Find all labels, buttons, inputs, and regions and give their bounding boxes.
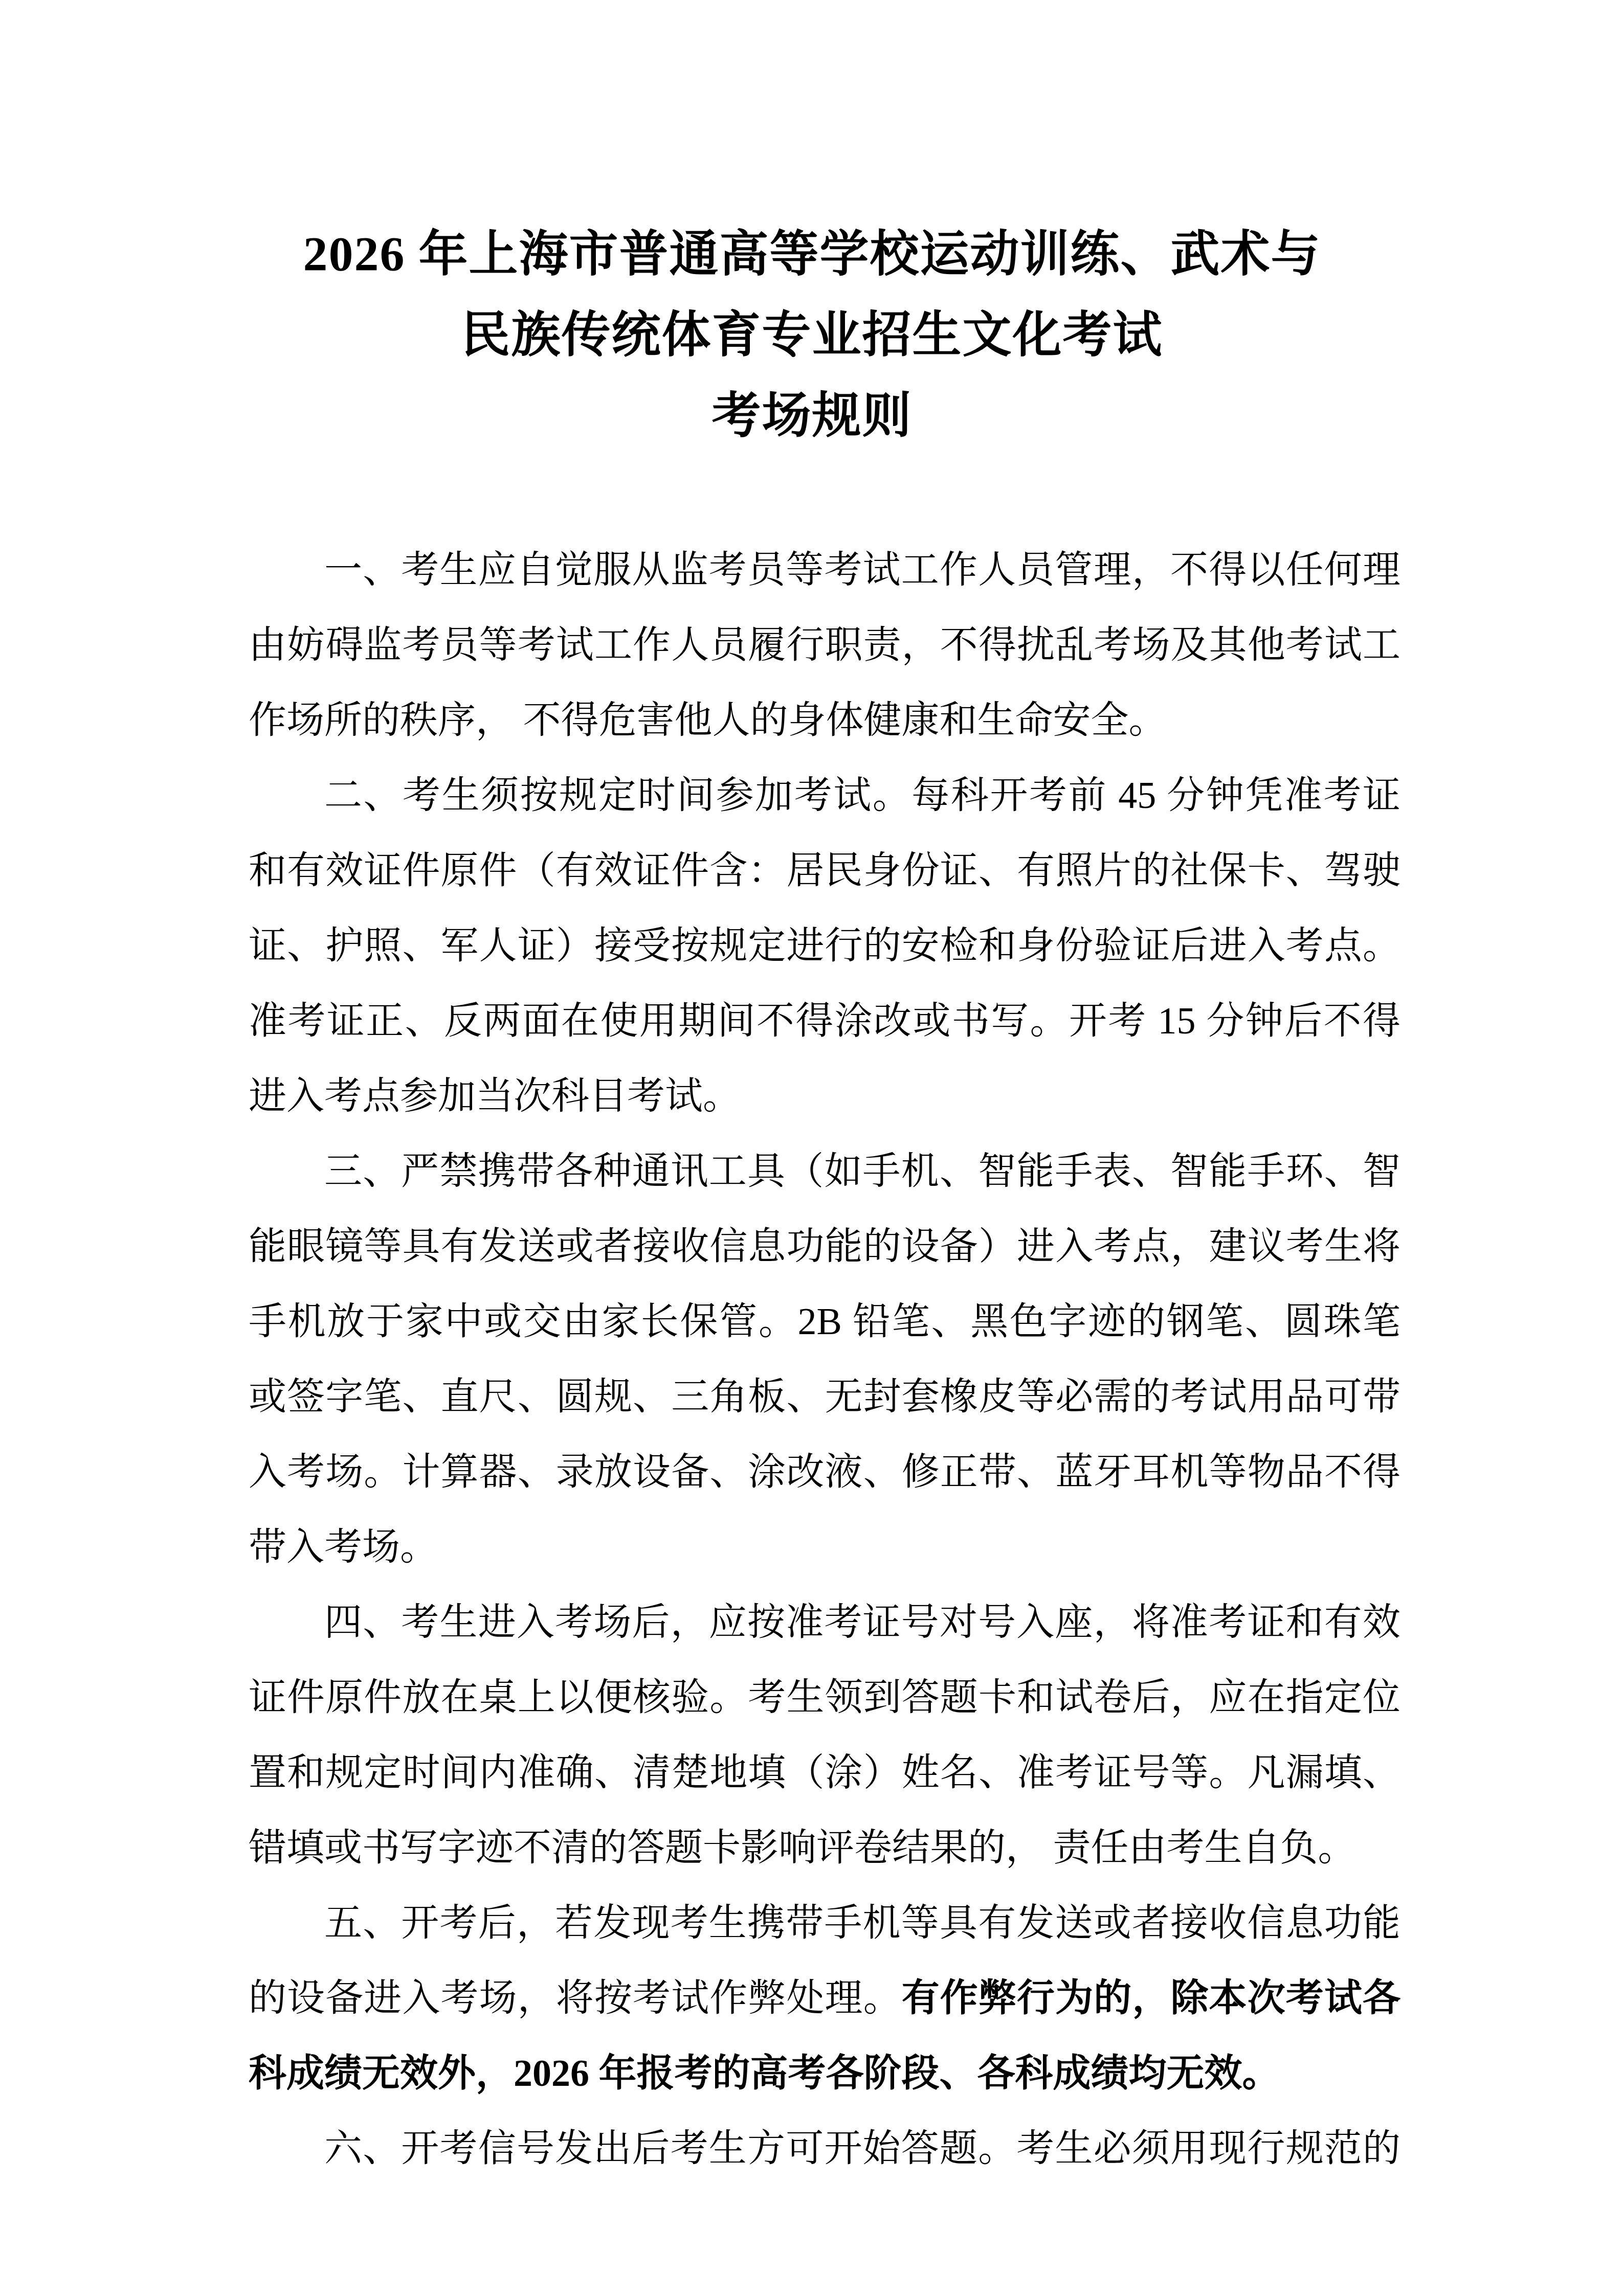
text-run: 进入考点参加当次科目考试。 [249, 1075, 741, 1117]
paragraph: 五、开考后，若发现考生携带手机等具有发送或者接收信息功能的设备进入考场，将按考试… [249, 1886, 1400, 2111]
paragraph: 六、开考信号发出后考生方可开始答题。考生必须用现行规范的 [249, 2111, 1400, 2187]
text-run: 证件原件放在桌上以便核验。考生领到答题卡和试卷后，应在指定位 [249, 1677, 1400, 1719]
title-line-1: 2026 年上海市普通高等学校运动训练、武术与 [0, 214, 1624, 295]
body-line: 或签字笔、直尺、圆规、三角板、无封套橡皮等必需的考试用品可带 [249, 1360, 1400, 1435]
body-line: 科成绩无效外，2026 年报考的高考各阶段、各科成绩均无效。 [249, 2036, 1400, 2111]
text-run: 五、开考后，若发现考生携带手机等具有发送或者接收信息功能 [324, 1902, 1400, 1944]
body-line: 作场所的秩序， 不得危害他人的身体健康和生命安全。 [249, 683, 1400, 758]
text-run: 能眼镜等具有发送或者接收信息功能的设备）进入考点，建议考生将 [249, 1226, 1400, 1268]
body-line: 带入考场。 [249, 1510, 1400, 1585]
text-run: 手机放于家中或交由家长保管。2B 铅笔、黑色字迹的钢笔、圆珠笔 [249, 1301, 1400, 1343]
body-line: 由妨碍监考员等考试工作人员履行职责，不得扰乱考场及其他考试工 [249, 608, 1400, 683]
body-line: 一、考生应自觉服从监考员等考试工作人员管理，不得以任何理 [249, 533, 1400, 608]
text-run: 一、考生应自觉服从监考员等考试工作人员管理，不得以任何理 [324, 549, 1400, 591]
body-line: 能眼镜等具有发送或者接收信息功能的设备）进入考点，建议考生将 [249, 1209, 1400, 1285]
body-line: 进入考点参加当次科目考试。 [249, 1059, 1400, 1134]
text-run: 带入考场。 [249, 1526, 438, 1568]
document-body: 一、考生应自觉服从监考员等考试工作人员管理，不得以任何理由妨碍监考员等考试工作人… [249, 533, 1400, 2187]
text-run: 的设备进入考场，将按考试作弊处理。 [249, 1977, 902, 2019]
body-line: 四、考生进入考场后，应按准考证号对号入座，将准考证和有效 [249, 1585, 1400, 1660]
text-run: 作场所的秩序， 不得危害他人的身体健康和生命安全。 [249, 700, 1167, 741]
body-line: 入考场。计算器、录放设备、涂改液、修正带、蓝牙耳机等物品不得 [249, 1435, 1400, 1510]
body-line: 三、严禁携带各种通讯工具（如手机、智能手表、智能手环、智 [249, 1134, 1400, 1209]
body-line: 错填或书写字迹不清的答题卡影响评卷结果的， 责任由考生自负。 [249, 1811, 1400, 1886]
title-line-3: 考场规则 [0, 375, 1624, 456]
body-line: 和有效证件原件（有效证件含：居民身份证、有照片的社保卡、驾驶 [249, 834, 1400, 909]
text-run: 证、护照、军人证）接受按规定进行的安检和身份验证后进入考点。 [249, 925, 1400, 967]
bold-text-run: 科成绩无效外，2026 年报考的高考各阶段、各科成绩均无效。 [249, 2053, 1280, 2095]
paragraph: 二、考生须按规定时间参加考试。每科开考前 45 分钟凭准考证和有效证件原件（有效… [249, 758, 1400, 1134]
paragraph: 三、严禁携带各种通讯工具（如手机、智能手表、智能手环、智能眼镜等具有发送或者接收… [249, 1134, 1400, 1585]
body-line: 置和规定时间内准确、清楚地填（涂）姓名、准考证号等。凡漏填、 [249, 1736, 1400, 1811]
text-run: 四、考生进入考场后，应按准考证号对号入座，将准考证和有效 [324, 1602, 1400, 1644]
text-run: 入考场。计算器、录放设备、涂改液、修正带、蓝牙耳机等物品不得 [249, 1451, 1400, 1493]
body-line: 证、护照、军人证）接受按规定进行的安检和身份验证后进入考点。 [249, 909, 1400, 984]
title-line-2: 民族传统体育专业招生文化考试 [0, 295, 1624, 375]
body-line: 的设备进入考场，将按考试作弊处理。有作弊行为的，除本次考试各 [249, 1961, 1400, 2036]
body-line: 手机放于家中或交由家长保管。2B 铅笔、黑色字迹的钢笔、圆珠笔 [249, 1285, 1400, 1360]
paragraph: 一、考生应自觉服从监考员等考试工作人员管理，不得以任何理由妨碍监考员等考试工作人… [249, 533, 1400, 758]
body-line: 准考证正、反两面在使用期间不得涂改或书写。开考 15 分钟后不得 [249, 984, 1400, 1059]
paragraph: 四、考生进入考场后，应按准考证号对号入座，将准考证和有效证件原件放在桌上以便核验… [249, 1585, 1400, 1886]
page: 2026 年上海市普通高等学校运动训练、武术与 民族传统体育专业招生文化考试 考… [0, 0, 1624, 2296]
text-run: 错填或书写字迹不清的答题卡影响评卷结果的， 责任由考生自负。 [249, 1827, 1356, 1869]
document-title: 2026 年上海市普通高等学校运动训练、武术与 民族传统体育专业招生文化考试 考… [0, 0, 1624, 456]
text-run: 和有效证件原件（有效证件含：居民身份证、有照片的社保卡、驾驶 [249, 850, 1400, 892]
text-run: 置和规定时间内准确、清楚地填（涂）姓名、准考证号等。凡漏填、 [249, 1752, 1400, 1794]
body-line: 二、考生须按规定时间参加考试。每科开考前 45 分钟凭准考证 [249, 758, 1400, 834]
body-line: 证件原件放在桌上以便核验。考生领到答题卡和试卷后，应在指定位 [249, 1660, 1400, 1736]
bold-text-run: 有作弊行为的，除本次考试各 [902, 1977, 1400, 2019]
body-line: 六、开考信号发出后考生方可开始答题。考生必须用现行规范的 [249, 2111, 1400, 2187]
text-run: 三、严禁携带各种通讯工具（如手机、智能手表、智能手环、智 [324, 1151, 1400, 1192]
text-run: 或签字笔、直尺、圆规、三角板、无封套橡皮等必需的考试用品可带 [249, 1376, 1400, 1418]
text-run: 二、考生须按规定时间参加考试。每科开考前 45 分钟凭准考证 [324, 775, 1400, 817]
text-run: 准考证正、反两面在使用期间不得涂改或书写。开考 15 分钟后不得 [249, 1000, 1400, 1042]
text-run: 由妨碍监考员等考试工作人员履行职责，不得扰乱考场及其他考试工 [249, 624, 1400, 666]
text-run: 六、开考信号发出后考生方可开始答题。考生必须用现行规范的 [324, 2128, 1400, 2170]
body-line: 五、开考后，若发现考生携带手机等具有发送或者接收信息功能 [249, 1886, 1400, 1961]
